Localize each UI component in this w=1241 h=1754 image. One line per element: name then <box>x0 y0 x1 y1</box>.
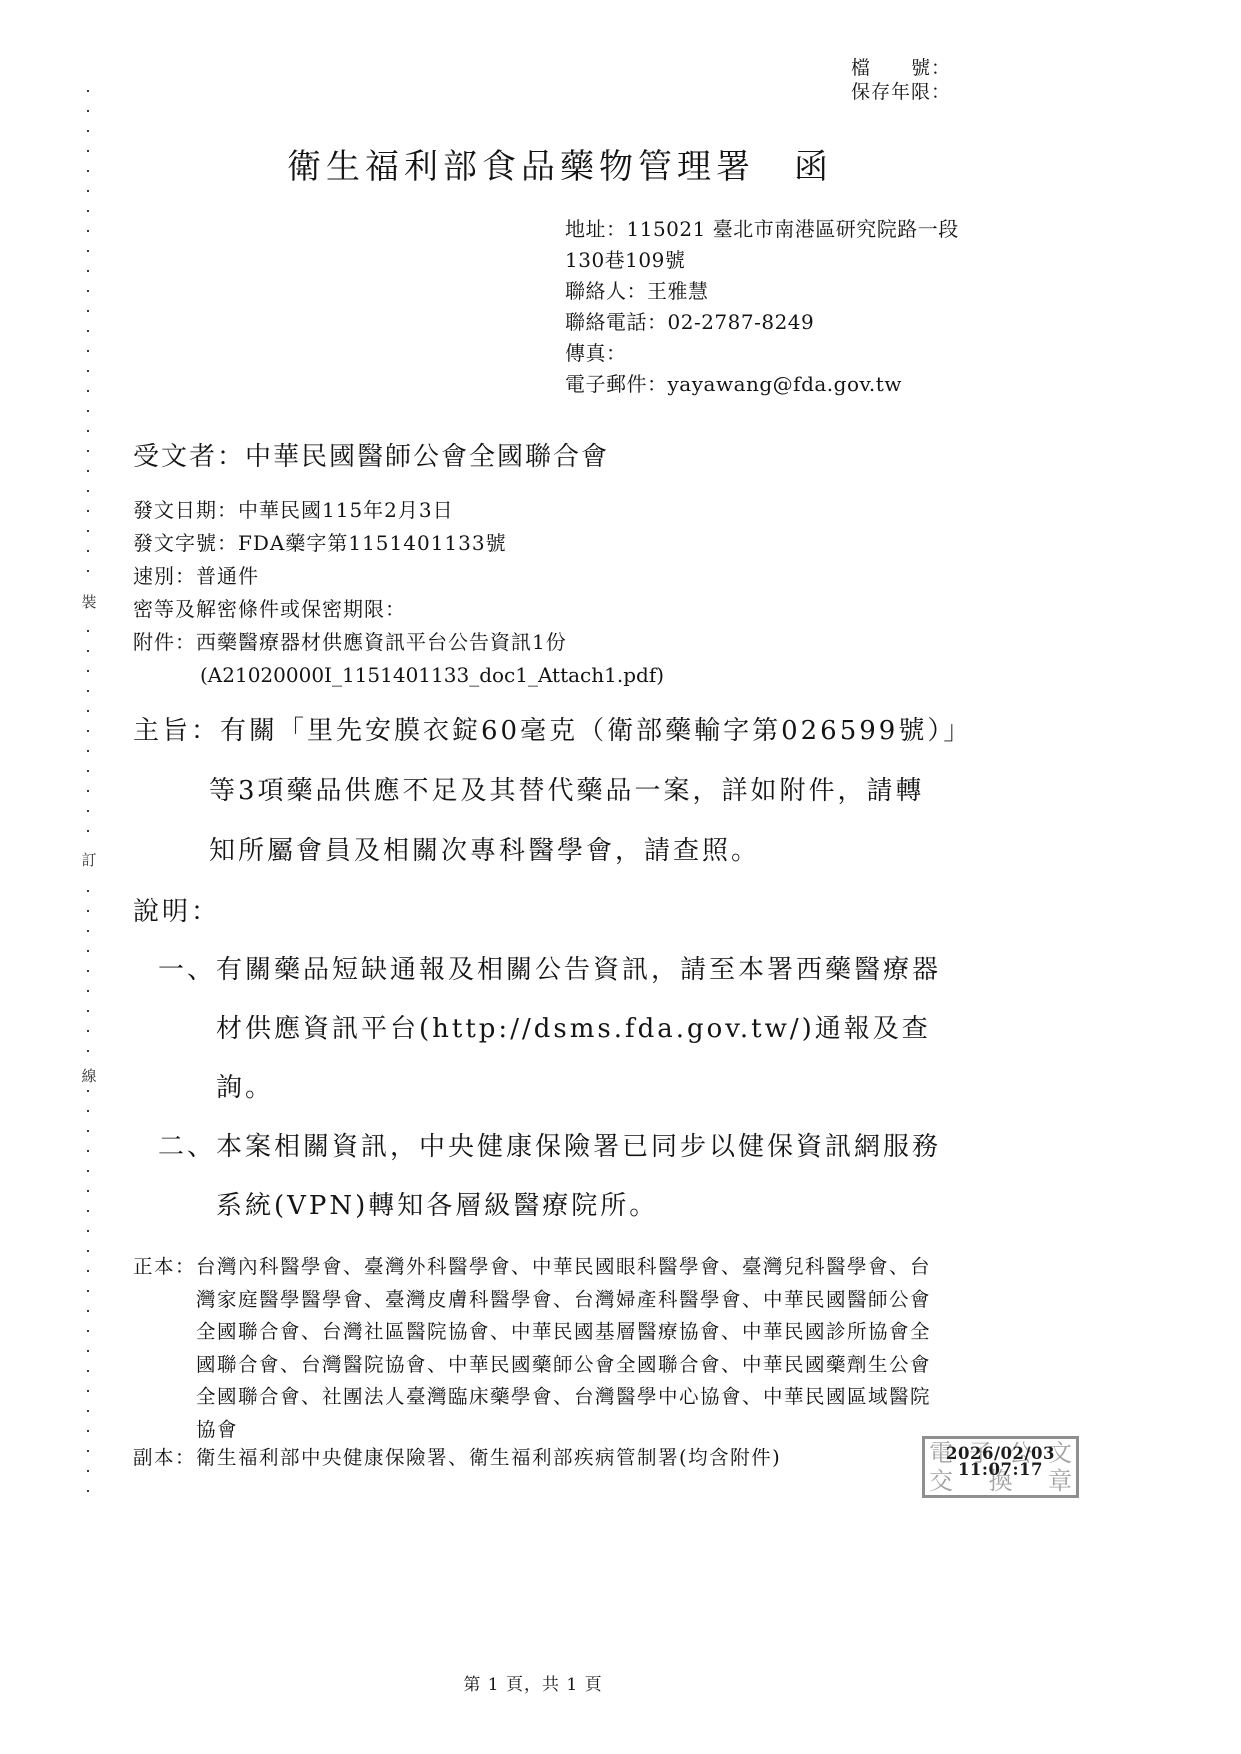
original-recipients-line-4: 國聯合會、台灣醫院協會、中華民國藥師公會全國聯合會、中華民國藥劑生公會 <box>196 1349 931 1382</box>
file-number-block: 檔 號： 保存年限： <box>851 56 951 104</box>
subject-block: 主旨：有關「里先安膜衣錠60毫克（衛部藥輸字第026599號）」 等3項藥品供應… <box>133 701 972 881</box>
recipient-line: 受文者：中華民國醫師公會全國聯合會 <box>133 436 609 473</box>
binding-dotted-line <box>87 90 89 1505</box>
retention-period-label: 保存年限： <box>851 80 951 104</box>
subject-line-3: 知所屬會員及相關次專科醫學會，請查照。 <box>209 821 972 881</box>
issue-date-line: 發文日期：中華民國115年2月3日 <box>133 494 664 527</box>
original-recipients-block: 正本： 台灣內科醫學會、臺灣外科醫學會、中華民國眼科醫學會、臺灣兒科醫學會、台 … <box>133 1251 931 1446</box>
original-recipients-line-3: 全國聯合會、台灣社區醫院協會、中華民國基層醫療協會、中華民國診所協會全 <box>196 1316 931 1349</box>
cc-recipients-text: 衛生福利部中央健康保險署、衛生福利部疾病管制署(均含附件) <box>196 1442 781 1470</box>
explanation-item1-line1: 一、有關藥品短缺通報及相關公告資訊，請至本署西藥醫療器 <box>158 949 941 986</box>
stamp-time: 11:07:17 <box>925 1462 1076 1478</box>
sender-fax: 傳真： <box>565 338 959 369</box>
binding-mark-xian: 線 <box>79 1062 99 1089</box>
sender-phone: 聯絡電話：02-2787-8249 <box>565 307 959 338</box>
original-recipients-lines: 台灣內科醫學會、臺灣外科醫學會、中華民國眼科醫學會、臺灣兒科醫學會、台 灣家庭醫… <box>196 1251 931 1446</box>
official-letter-page: 裝 訂 線 檔 號： 保存年限： 衛生福利部食品藥物管理署 函 地址：11502… <box>0 0 1241 1754</box>
attachment-line: 附件：西藥醫療器材供應資訊平台公告資訊1份 <box>133 626 664 659</box>
original-recipients-line-5: 全國聯合會、社團法人臺灣臨床藥學會、台灣醫學中心協會、中華民國區域醫院 <box>196 1381 931 1414</box>
original-recipients-label: 正本： <box>133 1251 196 1446</box>
page-number-footer: 第 1 頁，共 1 頁 <box>133 1670 933 1695</box>
original-recipients-line-2: 灣家庭醫學醫學會、臺灣皮膚科醫學會、台灣婦產科醫學會、中華民國醫師公會 <box>196 1284 931 1317</box>
original-recipients-line-1: 台灣內科醫學會、臺灣外科醫學會、中華民國眼科醫學會、臺灣兒科醫學會、台 <box>196 1251 931 1284</box>
binding-mark-zhuang: 裝 <box>79 588 99 615</box>
cc-recipients-label: 副本： <box>133 1442 196 1470</box>
security-line: 密等及解密條件或保密期限： <box>133 593 664 626</box>
explanation-item1-line2: 材供應資訊平台(http://dsms.fda.gov.tw/)通報及查 <box>216 1008 931 1045</box>
document-title: 衛生福利部食品藥物管理署 函 <box>0 139 1120 188</box>
subject-line-2: 等3項藥品供應不足及其替代藥品一案，詳如附件，請轉 <box>209 761 972 821</box>
sender-address-line1: 地址：115021 臺北市南港區研究院路一段 <box>565 214 959 245</box>
stamp-datetime: 2026/02/03 11:07:17 <box>925 1446 1076 1478</box>
explanation-item1-line3: 詢。 <box>216 1067 274 1104</box>
attachment-filename: (A21020000I_1151401133_doc1_Attach1.pdf) <box>133 659 664 692</box>
sender-address-line2: 130巷109號 <box>565 245 959 276</box>
file-number-label: 檔 號： <box>851 56 951 80</box>
explanation-heading: 說明： <box>133 891 220 928</box>
doc-number-line: 發文字號：FDA藥字第1151401133號 <box>133 527 664 560</box>
explanation-item2-line1: 二、本案相關資訊，中央健康保險署已同步以健保資訊網服務 <box>158 1126 941 1163</box>
sender-contact-person: 聯絡人：王雅慧 <box>565 276 959 307</box>
sender-email: 電子郵件：yayawang@fda.gov.tw <box>565 369 959 400</box>
explanation-item2-line2: 系統(VPN)轉知各層級醫療院所。 <box>216 1185 658 1222</box>
sender-contact-block: 地址：115021 臺北市南港區研究院路一段 130巷109號 聯絡人：王雅慧 … <box>565 214 959 400</box>
electronic-exchange-stamp: 電 子 公 文 交 換 章 2026/02/03 11:07:17 <box>922 1436 1079 1498</box>
cc-recipients-block: 副本： 衛生福利部中央健康保險署、衛生福利部疾病管制署(均含附件) <box>133 1442 781 1470</box>
subject-line-1: 主旨：有關「里先安膜衣錠60毫克（衛部藥輸字第026599號）」 <box>133 701 972 761</box>
binding-mark-ding: 訂 <box>79 846 99 873</box>
priority-line: 速別：普通件 <box>133 560 664 593</box>
document-meta-block: 發文日期：中華民國115年2月3日 發文字號：FDA藥字第1151401133號… <box>133 494 664 692</box>
